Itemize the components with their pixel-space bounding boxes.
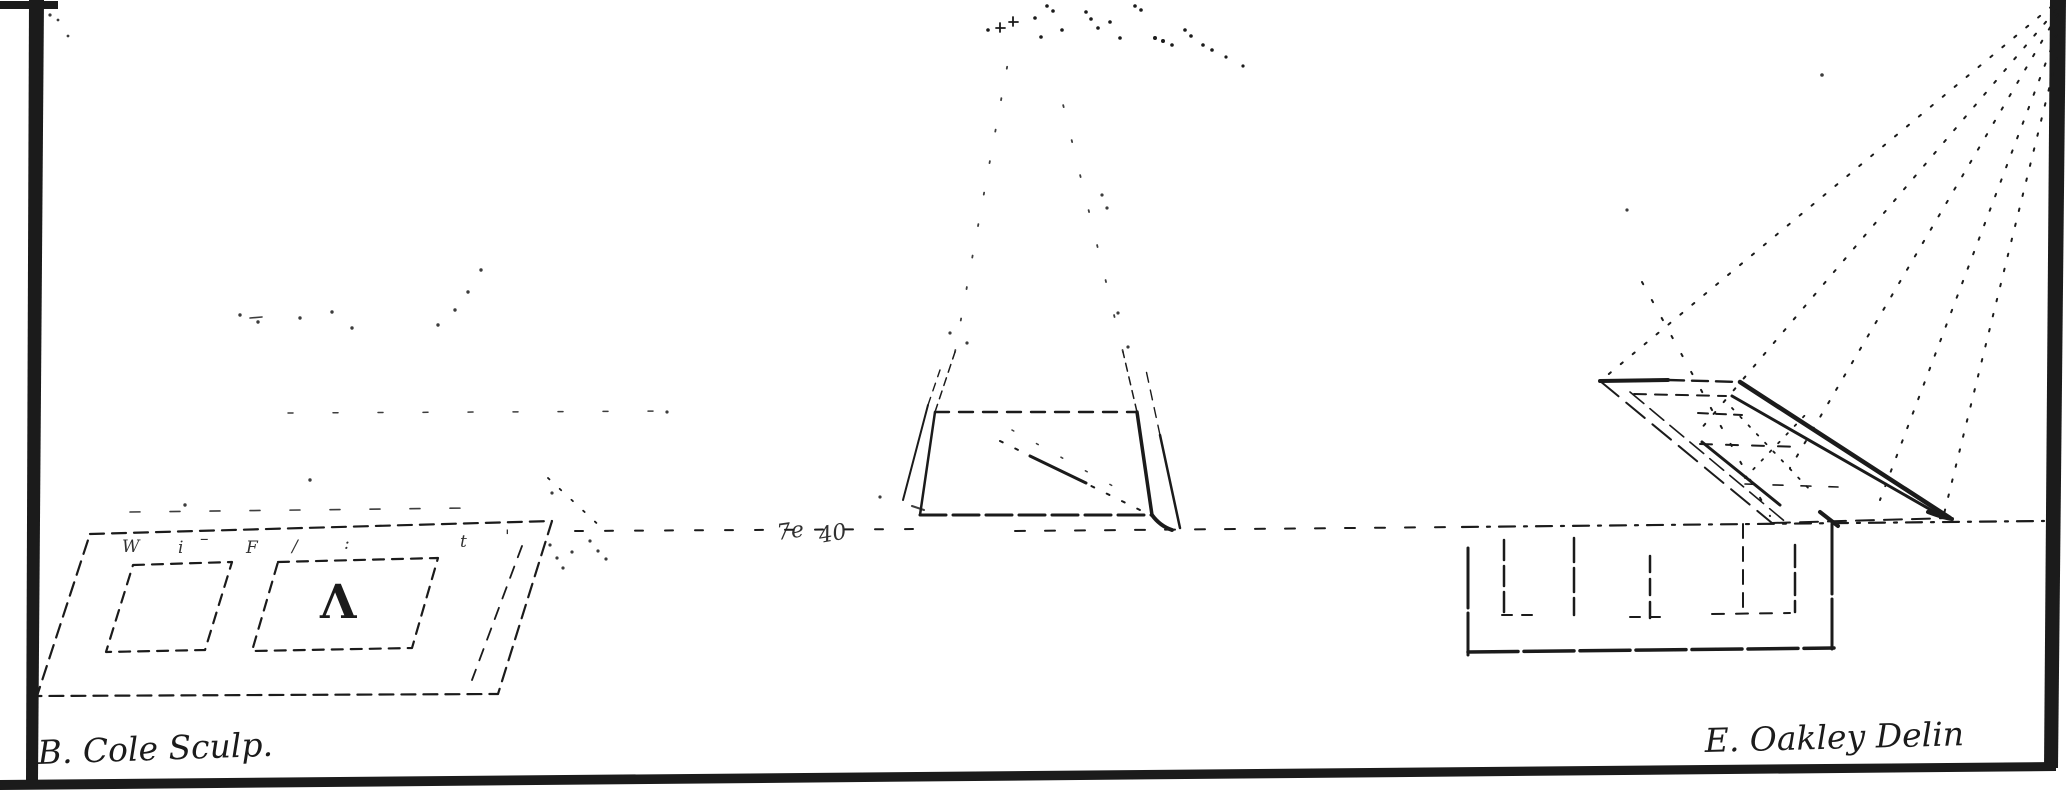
plate-canvas: Λ W i – F / : t '	[0, 0, 2069, 792]
interior-diagonal-solid	[1030, 456, 1086, 483]
inclined-plane	[1600, 282, 1952, 524]
dot	[1201, 43, 1205, 47]
engraver-signature: B. Cole Sculp.	[36, 725, 274, 772]
ray-dotted	[1700, 10, 2056, 430]
dot	[1045, 4, 1049, 8]
dot	[1133, 4, 1137, 8]
speck	[436, 323, 439, 326]
dot	[1096, 26, 1100, 30]
light-rays	[1604, 6, 2064, 514]
border-bottom-bar	[0, 762, 2056, 790]
square-right-rail-outer	[1160, 435, 1180, 528]
plus-mark	[1009, 17, 1018, 26]
speck	[308, 478, 311, 481]
dot	[1224, 55, 1227, 58]
rail-extension-outer	[928, 370, 940, 405]
slab-back-line	[130, 508, 470, 512]
speck	[665, 410, 668, 413]
signatures: B. Cole Sculp. E. Oakley Delin	[36, 714, 1965, 772]
plane-left-edge	[1600, 381, 1772, 523]
dot	[1100, 193, 1103, 196]
slab-overhead-specks	[183, 268, 482, 506]
vanishing-dotted-left	[955, 62, 1008, 352]
plane-fold-line	[1702, 442, 1780, 505]
edge-mark: '	[505, 527, 510, 547]
plane-inner-left	[1630, 392, 1788, 524]
plane-inner-right	[1732, 396, 1938, 514]
speck	[596, 549, 599, 552]
stray-speck	[1820, 73, 1824, 77]
dot	[1170, 43, 1174, 47]
interior-diagonal-faint	[1012, 430, 1120, 490]
base-box	[1468, 512, 1838, 655]
speck	[479, 268, 482, 271]
middle-diagram: 7e 40	[775, 4, 1244, 549]
dot	[1060, 28, 1064, 32]
edge-mark: F	[245, 538, 259, 558]
speck	[588, 539, 591, 542]
speck	[466, 290, 469, 293]
dot	[1183, 28, 1187, 32]
plane-inner-top-dash	[1634, 394, 1726, 396]
dot	[1161, 39, 1165, 43]
corner-speck	[67, 35, 70, 38]
rail-extension	[1123, 352, 1137, 412]
dot	[1089, 17, 1093, 21]
speck	[604, 557, 607, 560]
corner-speck	[57, 19, 60, 22]
dot	[1210, 48, 1214, 52]
faint-figure-mark: 40	[816, 519, 849, 549]
edge-mark: i	[178, 538, 183, 558]
speck	[550, 491, 553, 494]
plane-top-edge-bold	[1600, 380, 1668, 381]
plane-dashdot-1	[1698, 413, 1742, 415]
dot	[1126, 345, 1129, 348]
dot	[1105, 206, 1108, 209]
dot	[1139, 8, 1143, 12]
stray-speck	[1625, 208, 1628, 211]
speck	[548, 543, 551, 546]
speck	[570, 550, 573, 553]
ground-segment-right	[1462, 521, 2044, 527]
dot	[1051, 9, 1055, 13]
draughtsman-signature: E. Oakley Delin	[1703, 714, 1964, 760]
dot	[1084, 10, 1088, 14]
speck	[350, 326, 353, 329]
dot	[948, 331, 951, 334]
speck	[238, 313, 241, 316]
plane-dashdot-2	[1700, 444, 1802, 447]
box-bottom	[1468, 648, 1834, 652]
rail-extension	[935, 352, 955, 412]
box-inner-bottom-dash	[1712, 613, 1790, 614]
speck	[878, 495, 881, 498]
horizon-line	[288, 411, 682, 413]
slab-inner-right-edge	[472, 546, 522, 680]
lambda-mark: Λ	[319, 575, 357, 630]
square-bottom-hook	[1152, 515, 1172, 530]
dot	[965, 341, 968, 344]
edge-mark: /	[290, 537, 300, 557]
speck	[298, 316, 301, 319]
edge-mark: :	[344, 534, 350, 554]
speck	[555, 556, 558, 559]
rail-extension-outer	[1146, 370, 1160, 435]
ray-dotted	[1944, 28, 2064, 514]
speck	[330, 310, 333, 313]
vanishing-point-dots	[948, 4, 1244, 348]
connector-dotted	[548, 478, 604, 530]
dot	[1039, 35, 1043, 39]
ground-segment-middle	[1015, 527, 1462, 531]
edge-mark: –	[200, 529, 209, 549]
ray-dotted	[1604, 6, 2052, 378]
plane-top-edge-dashed	[1668, 380, 1740, 382]
through-ray-dotted	[1642, 282, 1770, 516]
speck	[256, 320, 259, 323]
ground-start-specks	[548, 410, 668, 569]
speck	[183, 503, 186, 506]
dot	[1189, 34, 1193, 38]
plane-bottom-edge	[1772, 518, 1950, 523]
square-right-rail-inner	[1137, 412, 1152, 515]
ray-dotted	[1790, 14, 2058, 468]
speck	[561, 566, 564, 569]
left-diagram: Λ W i – F / : t '	[37, 268, 669, 696]
dot	[1118, 36, 1122, 40]
corner-speck	[48, 13, 51, 16]
border-left-bar	[26, 0, 44, 780]
dot	[1108, 20, 1112, 24]
ray-dotted	[1880, 20, 2062, 500]
speck-dash	[250, 317, 262, 318]
dot	[986, 28, 990, 32]
ground-segment-left	[575, 529, 916, 531]
right-diagram	[1468, 6, 2064, 655]
plus-mark	[996, 23, 1005, 32]
edge-mark: t	[460, 532, 467, 552]
dot	[1241, 64, 1244, 67]
vanishing-dotted-right	[1060, 92, 1123, 352]
slab-panel-left	[106, 562, 232, 652]
edge-mark: W	[122, 537, 141, 557]
dot	[1033, 16, 1037, 20]
border-right-bar	[2044, 0, 2066, 768]
engraving-plate: Λ W i – F / : t '	[0, 0, 2069, 792]
dot	[1116, 311, 1119, 314]
speck	[453, 308, 456, 311]
dot	[1153, 36, 1157, 40]
faint-figure-mark: 7e	[775, 517, 805, 546]
